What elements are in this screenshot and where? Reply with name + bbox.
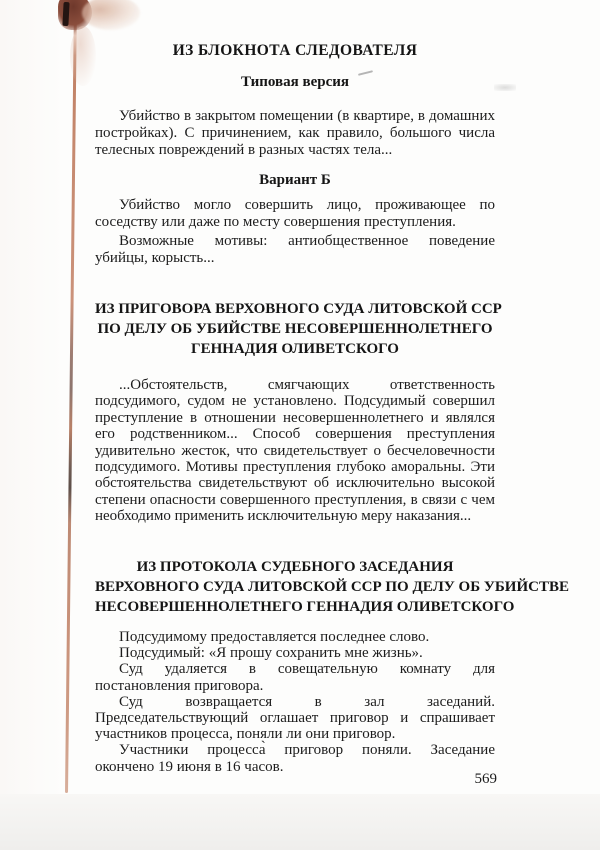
heading-line: ИЗ ПРИГОВОРА ВЕРХОВНОГО СУДА ЛИТОВСКОЙ С… — [95, 299, 495, 319]
paragraph: ...Обстоятельств, смягчающих ответственн… — [95, 377, 495, 525]
paragraph: Подсудимому предоставляется последнее сл… — [95, 629, 495, 645]
paragraph: Суд удаляется в совещательную комнату дл… — [95, 661, 495, 693]
heading-line: ГЕННАДИЯ ОЛИВЕТСКОГО — [95, 339, 495, 359]
heading-line: ВЕРХОВНОГО СУДА ЛИТОВСКОЙ ССР ПО ДЕЛУ ОБ… — [95, 577, 495, 597]
paragraph: Возможные мотивы: антиобщественное повед… — [95, 233, 495, 267]
binding-stain-dark-mark — [62, 2, 69, 26]
paragraph: Участники процесса̀ приговор поняли. Зас… — [95, 742, 495, 774]
page-number: 569 — [95, 771, 497, 788]
book-binding-fold-line — [65, 0, 77, 793]
binding-smudge — [82, 0, 140, 30]
heading-line: ИЗ ПРОТОКОЛА СУДЕБНОГО ЗАСЕДАНИЯ — [95, 557, 495, 577]
section-title-protocol: ИЗ ПРОТОКОЛА СУДЕБНОГО ЗАСЕДАНИЯ ВЕРХОВН… — [95, 557, 495, 617]
paragraph: Убийство в закрытом помещении (в квартир… — [95, 108, 495, 159]
scanned-book-page: ИЗ БЛОКНОТА СЛЕДОВАТЕЛЯ Типовая версия У… — [0, 0, 600, 850]
scan-edge-shading-bottom — [0, 794, 600, 850]
paragraph: Подсудимый: «Я прошу сохранить мне жизнь… — [95, 645, 495, 661]
binding-smudge-lower — [70, 26, 96, 86]
faint-scan-smudge — [494, 84, 516, 91]
section-title-notebook: ИЗ БЛОКНОТА СЛЕДОВАТЕЛЯ — [95, 42, 495, 60]
heading-line: ПО ДЕЛУ ОБ УБИЙСТВЕ НЕСОВЕРШЕННОЛЕТНЕГО — [95, 319, 495, 339]
subheading-typical-version: Типовая версия — [95, 74, 495, 91]
paragraph: Суд возвращается в зал заседаний. Предсе… — [95, 694, 495, 743]
section-title-verdict: ИЗ ПРИГОВОРА ВЕРХОВНОГО СУДА ЛИТОВСКОЙ С… — [95, 299, 495, 359]
heading-line: НЕСОВЕРШЕННОЛЕТНЕГО ГЕННАДИЯ ОЛИВЕТСКОГО — [95, 597, 495, 617]
scan-edge-shading-left — [0, 0, 64, 800]
subheading-variant-b: Вариант Б — [95, 172, 495, 189]
protocol-paragraphs: Подсудимому предоставляется последнее сл… — [95, 629, 495, 775]
paragraph: Убийство могло совершить лицо, проживающ… — [95, 197, 495, 231]
